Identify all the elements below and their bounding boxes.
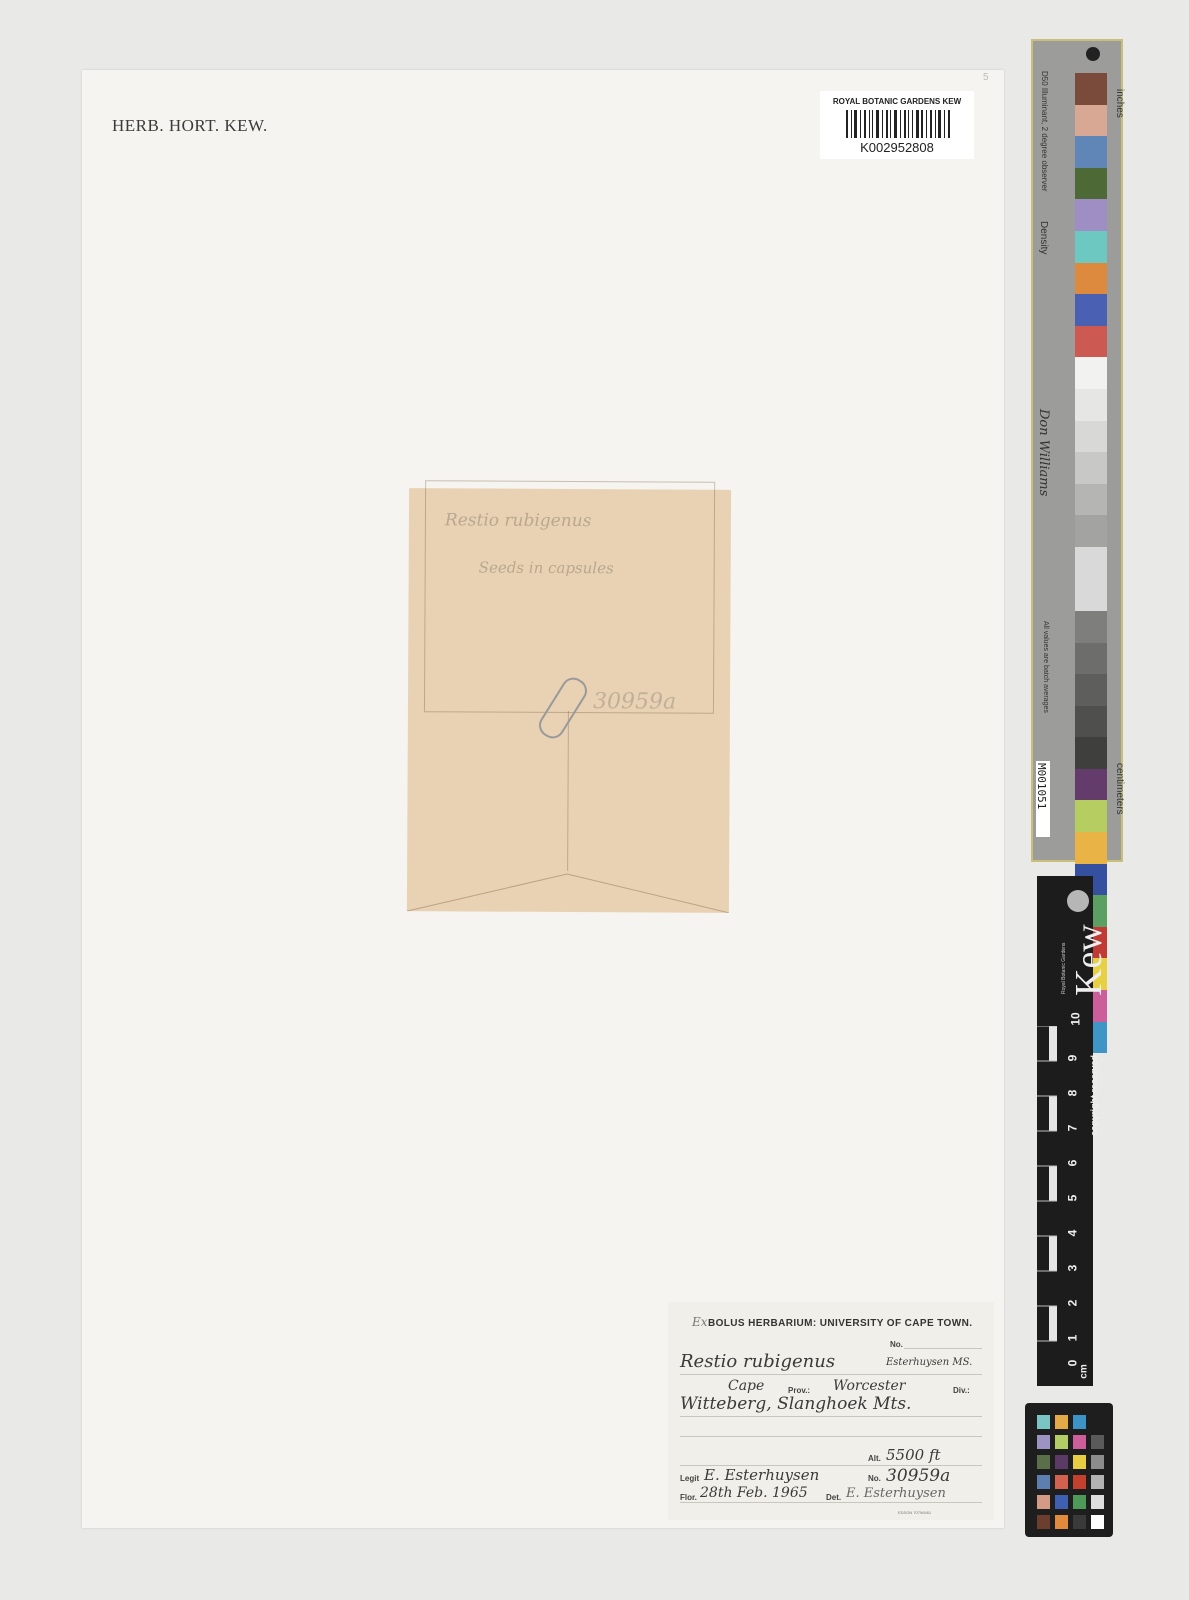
rule — [904, 1348, 982, 1349]
envelope-number: 30959a — [593, 689, 676, 714]
density-label: Density — [1038, 221, 1049, 254]
printer-mark: EDSON 7079/6/61 — [898, 1510, 931, 1515]
tick-6: 6 — [1065, 1160, 1079, 1167]
brand-label: Don Williams — [1036, 409, 1051, 496]
division-label: Div.: — [953, 1386, 970, 1395]
altitude-label: Alt. — [868, 1454, 881, 1463]
collection-number: 30959a — [886, 1466, 950, 1486]
herbarium-header: HERB. HORT. KEW. — [112, 116, 268, 136]
tick-9: 9 — [1065, 1055, 1079, 1062]
tick-4: 4 — [1065, 1230, 1079, 1237]
barcode-heading: ROYAL BOTANIC GARDENS KEW — [820, 97, 974, 106]
strip-code-text: M001051 — [1035, 763, 1048, 809]
envelope-contents: Seeds in capsules — [479, 559, 614, 578]
rule — [680, 1374, 982, 1375]
locality: Witteberg, Slanghoek Mts. — [680, 1394, 911, 1414]
province-value: Cape — [728, 1378, 764, 1394]
det-label: Det. — [826, 1493, 841, 1502]
no-label: No. — [890, 1340, 903, 1349]
flowering-date: 28th Feb. 1965 — [700, 1485, 808, 1501]
kew-sub: Royal Botanic Gardens — [1061, 943, 1067, 994]
rule — [680, 1502, 982, 1503]
tick-10: 10 — [1069, 1012, 1083, 1025]
rule — [680, 1436, 982, 1437]
kew-logo: Kew — [1067, 924, 1111, 996]
barcode-label: ROYAL BOTANIC GARDENS KEW K002952808 — [820, 91, 974, 159]
envelope-bottom-flap — [407, 871, 729, 913]
tick-2: 2 — [1065, 1300, 1079, 1307]
strip-code: M001051 — [1036, 761, 1050, 837]
tick-0: 0 — [1065, 1360, 1079, 1367]
corner-mark: 5 — [983, 72, 989, 83]
tick-5: 5 — [1065, 1195, 1079, 1202]
tick-3: 3 — [1065, 1265, 1079, 1272]
division-value: Worcester — [833, 1378, 905, 1394]
label-heading: BOLUS HERBARIUM: UNIVERSITY OF CAPE TOWN… — [708, 1318, 972, 1329]
envelope-seam — [567, 711, 569, 871]
strip-hole-icon — [1086, 47, 1100, 61]
flor-label: Flor. — [680, 1493, 697, 1502]
mini-color-checker — [1025, 1403, 1113, 1537]
kew-crest-icon — [1067, 890, 1089, 912]
kew-scale-bar: Kew Royal Botanic Gardens 10 9 8 7 6 5 4… — [1037, 876, 1093, 1386]
collector: E. Esterhuysen — [704, 1466, 819, 1484]
label-prefix: Ex — [692, 1315, 708, 1329]
taxon-authority: Esterhuysen MS. — [886, 1357, 972, 1368]
color-calibration-strip: D50 Illuminant, 2 degree observer Densit… — [1031, 39, 1123, 862]
tick-1: 1 — [1065, 1335, 1079, 1342]
legit-label: Legit — [680, 1474, 699, 1483]
scale-ruler — [1037, 1026, 1057, 1376]
barcode-id: K002952808 — [820, 140, 974, 155]
envelope-taxon: Restio rubigenus — [445, 510, 592, 531]
unit-label: cm — [1079, 1364, 1090, 1378]
strip-side-note: D50 Illuminant, 2 degree observer — [1040, 71, 1049, 192]
copyright-text: copyright reserved — [1089, 1055, 1099, 1136]
specimen-label: Ex BOLUS HERBARIUM: UNIVERSITY OF CAPE T… — [668, 1302, 994, 1520]
tick-8: 8 — [1065, 1090, 1079, 1097]
tick-7: 7 — [1065, 1125, 1079, 1132]
altitude-value: 5500 ft — [886, 1446, 941, 1464]
strip-footer-note: All values are batch averages — [1042, 621, 1049, 713]
number-label: No. — [868, 1474, 881, 1483]
rule — [680, 1416, 982, 1417]
centimeters-label: centimeters — [1114, 763, 1125, 815]
taxon-name: Restio rubigenus — [680, 1351, 835, 1372]
inches-label: inches — [1114, 89, 1125, 118]
barcode-icon — [846, 110, 950, 138]
determiner: E. Esterhuysen — [846, 1486, 946, 1501]
